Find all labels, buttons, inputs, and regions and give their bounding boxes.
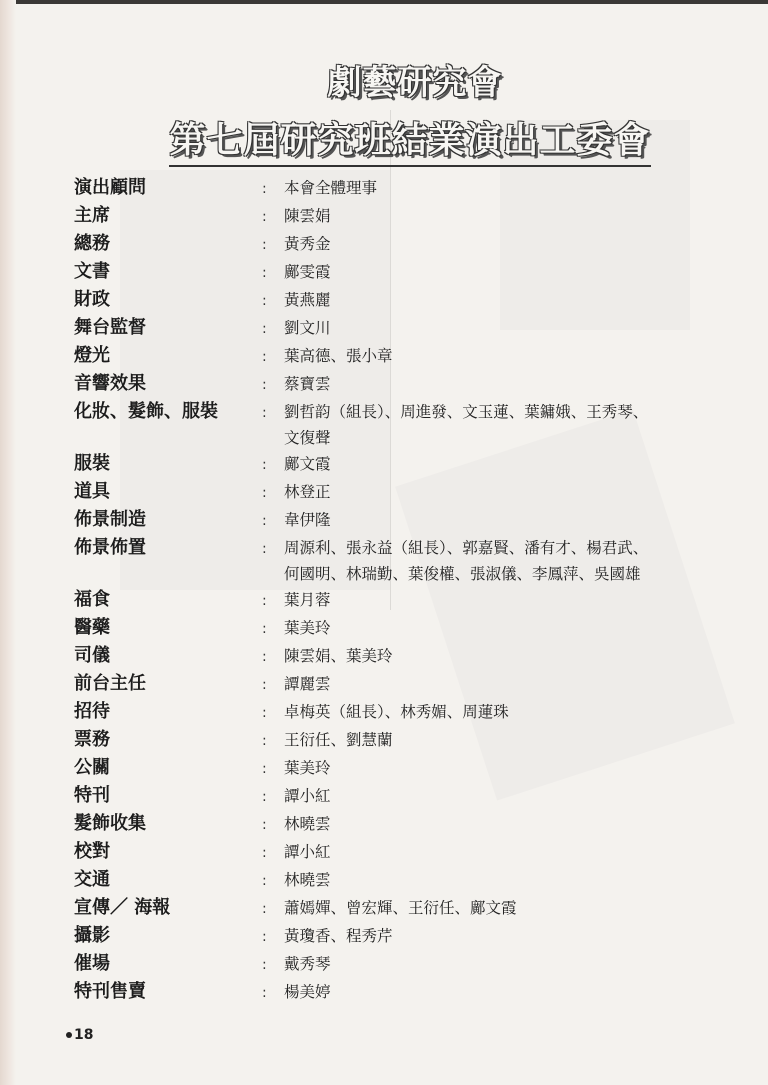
role-label: 財政: [74, 287, 260, 313]
member-names-line: 譚麗雲: [284, 671, 744, 697]
separator: :: [260, 315, 284, 343]
member-names: 蕭嫣嬋、曾宏輝、王衍任、鄺文霞: [284, 895, 744, 921]
separator: :: [260, 203, 284, 231]
member-names: 黃燕麗: [284, 287, 744, 313]
role-label: 福食: [74, 587, 260, 613]
member-names: 葉美玲: [284, 615, 744, 641]
roster-row: 文書:鄺雯霞: [74, 259, 744, 287]
separator: :: [260, 699, 284, 727]
roster-row: 舞台監督:劉文川: [74, 315, 744, 343]
member-names-line: 陳雲娟、葉美玲: [284, 643, 744, 669]
member-names: 陳雲娟、葉美玲: [284, 643, 744, 669]
roster-row: 化妝、髮飾、服裝:劉哲韵（組長）、周進發、文玉蓮、葉鏞娥、王秀琴、文復聲: [74, 399, 744, 451]
role-label: 主席: [74, 203, 260, 229]
page-number: 18: [66, 1027, 93, 1043]
member-names: 黃秀金: [284, 231, 744, 257]
separator: :: [260, 287, 284, 315]
roster-row: 燈光:葉高德、張小章: [74, 343, 744, 371]
role-label: 化妝、髮飾、服裝: [74, 399, 260, 425]
member-names-line: 葉美玲: [284, 615, 744, 641]
separator: :: [260, 671, 284, 699]
member-names: 楊美婷: [284, 979, 744, 1005]
title-block: 劇藝研究會 第七屆研究班結業演出工委會: [150, 55, 670, 167]
member-names-line: 譚小紅: [284, 839, 744, 865]
member-names: 鄺雯霞: [284, 259, 744, 285]
separator: :: [260, 643, 284, 671]
separator: :: [260, 175, 284, 203]
roster-row: 特刊售賣:楊美婷: [74, 979, 744, 1007]
role-label: 交通: [74, 867, 260, 893]
page-number-text: 18: [74, 1027, 93, 1043]
role-label: 特刊: [74, 783, 260, 809]
roster-row: 音響效果:蔡寶雲: [74, 371, 744, 399]
separator: :: [260, 231, 284, 259]
role-label: 特刊售賣: [74, 979, 260, 1005]
roster-row: 福食:葉月蓉: [74, 587, 744, 615]
role-label: 司儀: [74, 643, 260, 669]
separator: :: [260, 399, 284, 427]
member-names: 韋伊隆: [284, 507, 744, 533]
member-names-line: 劉文川: [284, 315, 744, 341]
organization-title: 劇藝研究會: [160, 55, 670, 104]
member-names-line: 韋伊隆: [284, 507, 744, 533]
member-names: 蔡寶雲: [284, 371, 744, 397]
separator: :: [260, 755, 284, 783]
role-label: 演出顧問: [74, 175, 260, 201]
member-names-line: 陳雲娟: [284, 203, 744, 229]
roster-row: 票務:王衍任、劉慧蘭: [74, 727, 744, 755]
committee-title: 第七屆研究班結業演出工委會: [169, 112, 650, 167]
role-label: 攝影: [74, 923, 260, 949]
member-names-line: 葉美玲: [284, 755, 744, 781]
member-names: 葉月蓉: [284, 587, 744, 613]
roster-row: 主席:陳雲娟: [74, 203, 744, 231]
role-label: 前台主任: [74, 671, 260, 697]
member-names-line: 周源利、張永益（組長）、郭嘉賢、潘有才、楊君武、: [284, 535, 744, 561]
separator: :: [260, 979, 284, 1007]
separator: :: [260, 615, 284, 643]
separator: :: [260, 811, 284, 839]
role-label: 票務: [74, 727, 260, 753]
roster-row: 校對:譚小紅: [74, 839, 744, 867]
member-names: 林曉雲: [284, 867, 744, 893]
separator: :: [260, 451, 284, 479]
separator: :: [260, 951, 284, 979]
member-names-line: 葉月蓉: [284, 587, 744, 613]
roster-row: 演出顧問:本會全體理事: [74, 175, 744, 203]
member-names-line: 本會全體理事: [284, 175, 744, 201]
member-names-line: 林登正: [284, 479, 744, 505]
member-names-line: 鄺文霞: [284, 451, 744, 477]
member-names: 葉高德、張小章: [284, 343, 744, 369]
member-names-line: 譚小紅: [284, 783, 744, 809]
separator: :: [260, 727, 284, 755]
separator: :: [260, 867, 284, 895]
member-names-line: 葉高德、張小章: [284, 343, 744, 369]
roster-row: 特刊:譚小紅: [74, 783, 744, 811]
separator: :: [260, 923, 284, 951]
roster-row: 前台主任:譚麗雲: [74, 671, 744, 699]
member-names: 譚小紅: [284, 783, 744, 809]
roster-row: 司儀:陳雲娟、葉美玲: [74, 643, 744, 671]
member-names-line: 卓梅英（組長）、林秀媚、周蓮珠: [284, 699, 744, 725]
roster-row: 攝影:黃瓊香、程秀芹: [74, 923, 744, 951]
member-names-line: 何國明、林瑞勤、葉俊權、張淑儀、李鳳萍、吳國雄: [284, 561, 744, 587]
role-label: 校對: [74, 839, 260, 865]
committee-roster: 演出顧問:本會全體理事主席:陳雲娟總務:黃秀金文書:鄺雯霞財政:黃燕麗舞台監督:…: [74, 175, 744, 1007]
separator: :: [260, 535, 284, 563]
member-names: 王衍任、劉慧蘭: [284, 727, 744, 753]
role-label: 催場: [74, 951, 260, 977]
roster-row: 公關:葉美玲: [74, 755, 744, 783]
role-label: 醫藥: [74, 615, 260, 641]
role-label: 佈景制造: [74, 507, 260, 533]
member-names: 黃瓊香、程秀芹: [284, 923, 744, 949]
member-names-line: 王衍任、劉慧蘭: [284, 727, 744, 753]
roster-row: 總務:黃秀金: [74, 231, 744, 259]
member-names: 卓梅英（組長）、林秀媚、周蓮珠: [284, 699, 744, 725]
roster-row: 招待:卓梅英（組長）、林秀媚、周蓮珠: [74, 699, 744, 727]
role-label: 宣傳／ 海報: [74, 895, 260, 921]
separator: :: [260, 479, 284, 507]
separator: :: [260, 587, 284, 615]
member-names: 本會全體理事: [284, 175, 744, 201]
member-names: 陳雲娟: [284, 203, 744, 229]
member-names: 譚小紅: [284, 839, 744, 865]
role-label: 燈光: [74, 343, 260, 369]
roster-row: 道具:林登正: [74, 479, 744, 507]
member-names-line: 黃燕麗: [284, 287, 744, 313]
roster-row: 佈景制造:韋伊隆: [74, 507, 744, 535]
separator: :: [260, 783, 284, 811]
member-names-line: 黃秀金: [284, 231, 744, 257]
member-names-line: 文復聲: [284, 425, 744, 451]
role-label: 文書: [74, 259, 260, 285]
role-label: 服裝: [74, 451, 260, 477]
separator: :: [260, 259, 284, 287]
roster-row: 服裝:鄺文霞: [74, 451, 744, 479]
role-label: 舞台監督: [74, 315, 260, 341]
member-names-line: 戴秀琴: [284, 951, 744, 977]
scan-top-edge: [0, 0, 768, 4]
member-names: 周源利、張永益（組長）、郭嘉賢、潘有才、楊君武、何國明、林瑞勤、葉俊權、張淑儀、…: [284, 535, 744, 587]
page-binding-shadow: [0, 0, 16, 1085]
role-label: 招待: [74, 699, 260, 725]
member-names: 林曉雲: [284, 811, 744, 837]
separator: :: [260, 371, 284, 399]
role-label: 總務: [74, 231, 260, 257]
member-names-line: 林曉雲: [284, 811, 744, 837]
member-names: 劉哲韵（組長）、周進發、文玉蓮、葉鏞娥、王秀琴、文復聲: [284, 399, 744, 451]
roster-row: 宣傳／ 海報:蕭嫣嬋、曾宏輝、王衍任、鄺文霞: [74, 895, 744, 923]
separator: :: [260, 507, 284, 535]
separator: :: [260, 343, 284, 371]
member-names-line: 林曉雲: [284, 867, 744, 893]
roster-row: 醫藥:葉美玲: [74, 615, 744, 643]
member-names: 譚麗雲: [284, 671, 744, 697]
member-names: 葉美玲: [284, 755, 744, 781]
roster-row: 佈景佈置:周源利、張永益（組長）、郭嘉賢、潘有才、楊君武、何國明、林瑞勤、葉俊權…: [74, 535, 744, 587]
role-label: 道具: [74, 479, 260, 505]
member-names: 鄺文霞: [284, 451, 744, 477]
separator: :: [260, 839, 284, 867]
roster-row: 交通:林曉雲: [74, 867, 744, 895]
member-names-line: 蕭嫣嬋、曾宏輝、王衍任、鄺文霞: [284, 895, 744, 921]
roster-row: 髮飾收集:林曉雲: [74, 811, 744, 839]
bullet-icon: [66, 1032, 72, 1038]
member-names-line: 鄺雯霞: [284, 259, 744, 285]
role-label: 佈景佈置: [74, 535, 260, 561]
member-names: 劉文川: [284, 315, 744, 341]
role-label: 髮飾收集: [74, 811, 260, 837]
member-names-line: 黃瓊香、程秀芹: [284, 923, 744, 949]
separator: :: [260, 895, 284, 923]
role-label: 公關: [74, 755, 260, 781]
roster-row: 財政:黃燕麗: [74, 287, 744, 315]
role-label: 音響效果: [74, 371, 260, 397]
member-names: 戴秀琴: [284, 951, 744, 977]
member-names: 林登正: [284, 479, 744, 505]
roster-row: 催場:戴秀琴: [74, 951, 744, 979]
member-names-line: 蔡寶雲: [284, 371, 744, 397]
member-names-line: 劉哲韵（組長）、周進發、文玉蓮、葉鏞娥、王秀琴、: [284, 399, 744, 425]
member-names-line: 楊美婷: [284, 979, 744, 1005]
